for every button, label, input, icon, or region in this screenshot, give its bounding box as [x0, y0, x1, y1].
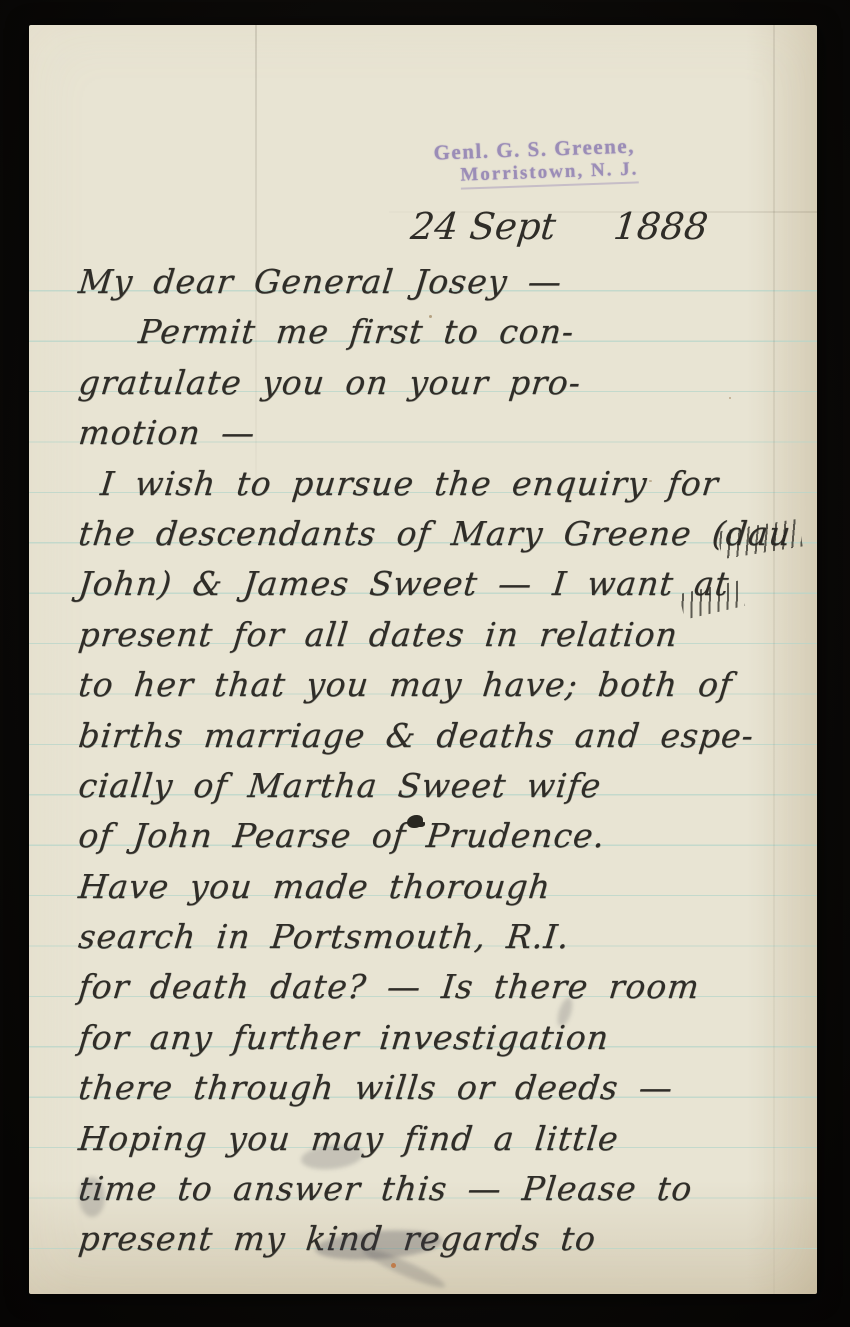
photo-backdrop: { "photo": { "background_color": "#0a090…	[0, 0, 850, 1327]
handwriting-line: there through wills or deeds —	[76, 1063, 808, 1113]
handwriting-line: I wish to pursue the enquiry for	[76, 459, 808, 509]
handwriting-line: My dear General Josey —	[76, 257, 808, 307]
handwriting-line: time to answer this — Please to	[76, 1164, 808, 1214]
handwriting-line: Hoping you may find a little	[76, 1114, 808, 1164]
stamp-town-line: Morristown, N. J.	[460, 158, 639, 189]
letter-body: My dear General Josey — Permit me first …	[76, 257, 803, 1265]
handwriting-line: births marriage & deaths and espe-	[76, 711, 808, 761]
handwriting-line: motion —	[76, 408, 808, 458]
handwriting-line: for any further investigation	[76, 1013, 808, 1063]
date-day-month: 24 Sept	[409, 205, 558, 248]
handwriting-line: cially of Martha Sweet wife	[76, 761, 808, 811]
date-year: 1888	[611, 205, 710, 248]
handwriting-line: Permit me first to con-	[76, 307, 808, 357]
handwriting-line: for death date? — Is there room	[76, 962, 808, 1012]
letter-page: Genl. G. S. Greene, Morristown, N. J. 24…	[29, 25, 817, 1294]
handwriting-line: Have you made thorough	[76, 862, 808, 912]
handwriting-line: present my kind regards to	[76, 1214, 808, 1264]
handwriting-line: gratulate you on your pro-	[76, 358, 808, 408]
handwriting-line: present for all dates in relation	[76, 610, 808, 660]
handwriting-line: the descendants of Mary Greene (dau	[76, 509, 808, 559]
handwriting-line: John) & James Sweet — I want at	[76, 559, 808, 609]
handwriting-line: to her that you may have; both of	[76, 660, 808, 710]
date-line: 24 Sept 1888	[409, 205, 710, 248]
address-stamp: Genl. G. S. Greene, Morristown, N. J.	[433, 133, 639, 190]
handwriting-line: of John Pearse of Prudence.	[76, 811, 808, 861]
handwriting-line: search in Portsmouth, R.I.	[76, 912, 808, 962]
